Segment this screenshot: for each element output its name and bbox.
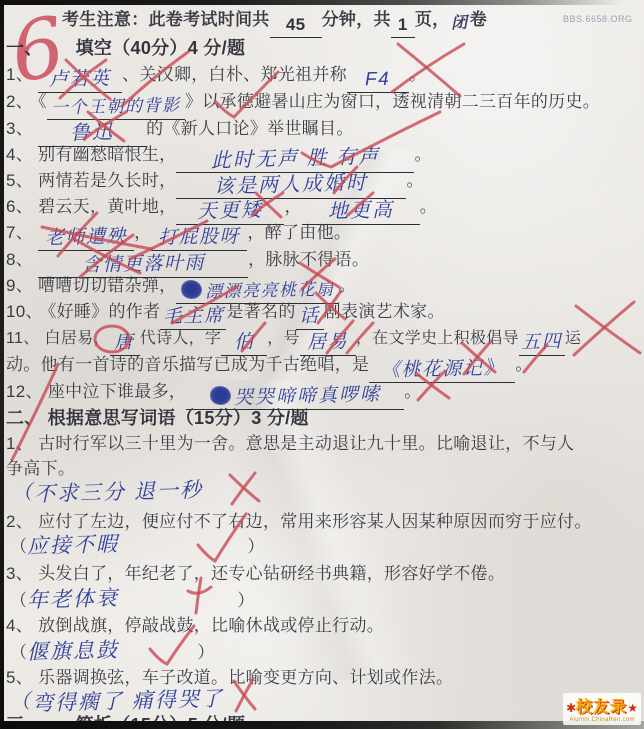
s2q5-text: 乐器调换弦，车子改道。比喻变更方向、计划或作法。 [38,668,453,687]
q11-text-5: 运 [565,330,581,347]
minutes-value: 45 [286,15,306,34]
header-notice: 考生注意：此卷考试时间共 [62,10,270,29]
chinaren-alumni-logo: ✱校友录★ Alumni.ChinaRen.com [563,693,641,725]
q11b-answer: 《桃花源记》 [381,358,504,382]
q11-answer-3: 居易 [307,332,348,354]
q9-period: 。 [338,276,355,295]
s2-answer-4: （偃旗息鼓） [6,640,642,664]
q3-text: 的《新人口论》举世瞩目。 [146,119,354,138]
q4-period: 。 [414,145,431,164]
q12-period: 。 [404,382,421,401]
q7-text: ，醉了由他。 [247,223,351,242]
question-12: 12、座中泣下谁最多，哭哭啼啼真啰嗦。 [6,380,642,410]
logo-star-icon: ✱ [566,701,576,715]
s2q3-paren-open: （ [10,591,27,610]
q10-text-2: 是著名的 [226,302,295,321]
q7-comma: ， [134,223,151,242]
q8-text: ，脉脉不得语。 [248,250,369,269]
section2-title: 二、根据意思写词语（15分）3 分/题 [6,407,642,430]
question-7: 7、老师遭殃，打屁股呀，醉了由他。 [6,221,642,251]
q11-text-1: 白居易， [45,330,110,347]
s2q5-paren-open: （ [10,691,33,715]
q9-number: 9、 [6,276,33,295]
q4-number: 4、 [6,145,33,164]
q11b-period: 。 [515,355,532,374]
s2q1-paren-open: （ [12,482,35,506]
s2q1-text-2: 争高下。 [6,459,75,478]
q1-period: 。 [409,65,426,84]
q3-number: 3、 [6,119,33,138]
q12-number: 12、 [6,382,43,401]
section1-number: 一、 [6,38,43,58]
s2q1-number: 1、 [6,434,33,453]
q11-text-4: ，在文学史上积极倡导 [356,330,519,347]
s2q4-paren-close: ） [197,643,214,662]
ink-scribble [181,280,202,299]
q11-answer-4: 五四 [521,332,562,354]
pages-blank: 1 [391,14,415,38]
scan-edge-bottom [0,721,644,729]
s2-answer-3: （年老体衰） [6,588,642,612]
scanned-exam-paper: 考生注意：此卷考试时间共45分钟，共1页，闭卷 BBS.6658.ORG 6 一… [0,0,644,729]
q12-text: 座中泣下谁最多， [48,382,186,401]
header-mid: 分钟，共 [322,10,391,29]
q10-answer-1: 毛主席 [162,305,224,327]
q2-answer: 一个王朝的背影 [51,95,181,119]
s2-question-1-line2: 争高下。 [6,457,642,480]
q6-answer-2: 地更高 [328,200,395,223]
q1-answer-1: 卢若英 [49,68,111,90]
q11-number: 11、 [6,330,40,347]
s2q5-number: 5、 [6,668,33,687]
section1-title-text: 填空（40分）4 分/题 [76,38,246,58]
s2q5-answer: 弯得瘸了 痛得哭了 [32,687,224,715]
question-2: 2、《一个王朝的背影》以承德避暑山庄为窗口，透视清朝二三百年的历史。 [6,90,642,120]
question-11-line2: 动。他有一首诗的音乐描写已成为千古绝唱，是《桃花源记》。 [6,353,642,383]
q6-comma: ， [284,197,301,216]
question-1: 1、卢若英、关汉卿，白朴、郑光祖并称F4。 [6,63,642,93]
s2q2-paren-close: ） [247,537,264,556]
q7-answer-2: 打屁股呀 [158,226,240,249]
logo-main-text: 校友录 [576,699,627,716]
q1-number: 1、 [6,65,33,84]
header-juan: 卷 [470,10,487,29]
s2q2-number: 2、 [6,512,33,531]
ink-scribble [210,386,231,405]
s2-question-4: 4、放倒战旗，停敲战鼓，比喻休战或停止行动。 [6,614,642,637]
q5-period: 。 [406,171,423,190]
pages-value: 1 [398,15,408,34]
q10-text-3: 剧表演艺术家。 [324,302,445,321]
s2q4-answer: 偃旗息鼓 [27,639,120,664]
q4-text: 别有幽愁暗恨生， [38,145,176,164]
s2q4-number: 4、 [6,616,33,635]
s2q2-paren-open: （ [10,537,27,556]
q8-answer: 含情更落叶雨 [81,253,204,277]
s2q2-answer: 应接不暇 [27,533,120,558]
q1-text: 、关汉卿，白朴、郑光祖并称 [122,65,347,84]
s2-question-5: 5、乐器调换弦，车子改道。比喻变更方向、计划或作法。 [6,666,642,689]
q11-answer-2: 伯 [234,332,255,353]
handwritten-closed-book: 闭 [451,12,468,36]
q2-text: 》以承德避暑山庄为窗口，透视清朝二三百年的历史。 [185,92,600,111]
s2q3-paren-close: ） [237,591,254,610]
s2q4-paren-open: （ [10,643,27,662]
exam-header: 考生注意：此卷考试时间共45分钟，共1页，闭卷 [62,8,644,38]
q11b-text-1: 动。他有一首诗的音乐描写已成为千古绝唱，是 [6,355,369,374]
s2q3-number: 3、 [6,564,33,583]
q3-answer: 鲁迅 [70,122,115,144]
q10-number: 10、 [6,302,43,321]
s2q4-text: 放倒战旗，停敲战鼓，比喻休战或停止行动。 [38,616,384,635]
q5-number: 5、 [6,171,33,190]
s2q2-text: 应付了左边，便应付不了右边，常用来形容某人因某种原因而穷于应付。 [38,512,592,531]
q11-text-3: ，号 [267,330,300,347]
section2-number: 二、 [6,408,43,428]
q6-text-1: 碧云天，黄叶地， [38,197,176,216]
q9-text: 嘈嘈切切错杂弹， [38,276,176,295]
s2-question-2: 2、应付了左边，便应付不了右边，常用来形容某人因某种原因而穷于应付。 [6,510,642,533]
s2-answer-5: （弯得瘸了 痛得哭了 [6,690,642,714]
header-after-pages: 页， [415,10,450,29]
q5-text: 两情若是久长时， [38,171,176,190]
question-11: 11、白居易，唐代诗人，字伯，号居易，在文学史上积极倡导五四运 [6,327,642,356]
s2-question-3: 3、头发白了，年纪老了，还专心钻研经书典籍，形容好学不倦。 [6,562,642,585]
scan-edge-top [0,0,644,5]
q12-answer: 哭哭啼啼真啰嗦 [233,384,381,409]
q2-number: 2、 [6,92,33,111]
q11-text-2: 代诗人，字 [140,330,222,347]
q11-answer-1: 唐 [114,332,135,353]
logo-star-icon: ★ [627,701,638,715]
q7-number: 7、 [6,223,33,242]
q6-answer-1: 天更矮 [197,200,264,223]
q10-text-1: 《好睡》的作者 [48,302,161,321]
q8-number: 8、 [6,250,33,269]
q9-answer: 漂漂亮亮桃花扇 [205,279,335,303]
s2q3-text: 头发白了，年纪老了，还专心钻研经书典籍，形容好学不倦。 [38,564,505,583]
q6-period: 。 [420,197,437,216]
s2q3-answer: 年老体衰 [27,587,120,612]
s2-answer-2: （应接不暇） [6,534,642,558]
q6-number: 6、 [6,197,33,216]
scan-edge-left [0,0,4,729]
q7-answer-1: 老师遭殃 [45,226,127,249]
s2-question-1: 1、古时行军以三十里为一舍。意思是主动退让九十里。比喻退让，不与人 [6,432,642,455]
section2-title-text: 根据意思写词语（15分）3 分/题 [48,408,309,428]
site-watermark: BBS.6658.ORG [563,14,633,24]
section1-title: 一、填空（40分）4 分/题 [6,37,642,60]
logo-sub-text: Alumni.ChinaRen.com [566,717,638,724]
s2-answer-1: （不求三分 退一秒 [6,481,642,505]
s2q1-text-1: 古时行军以三十里为一舍。意思是主动退让九十里。比喻退让，不与人 [38,434,574,453]
q10-answer-2: 话 [299,306,320,327]
q1-answer-2: F4 [365,69,391,91]
q2-open-quote: 《 [38,92,47,111]
minutes-blank: 45 [270,14,322,38]
question-10: 10、《好睡》的作者毛主席是著名的话剧表演艺术家。 [6,300,642,330]
s2q1-answer: 不求三分 退一秒 [34,479,203,506]
